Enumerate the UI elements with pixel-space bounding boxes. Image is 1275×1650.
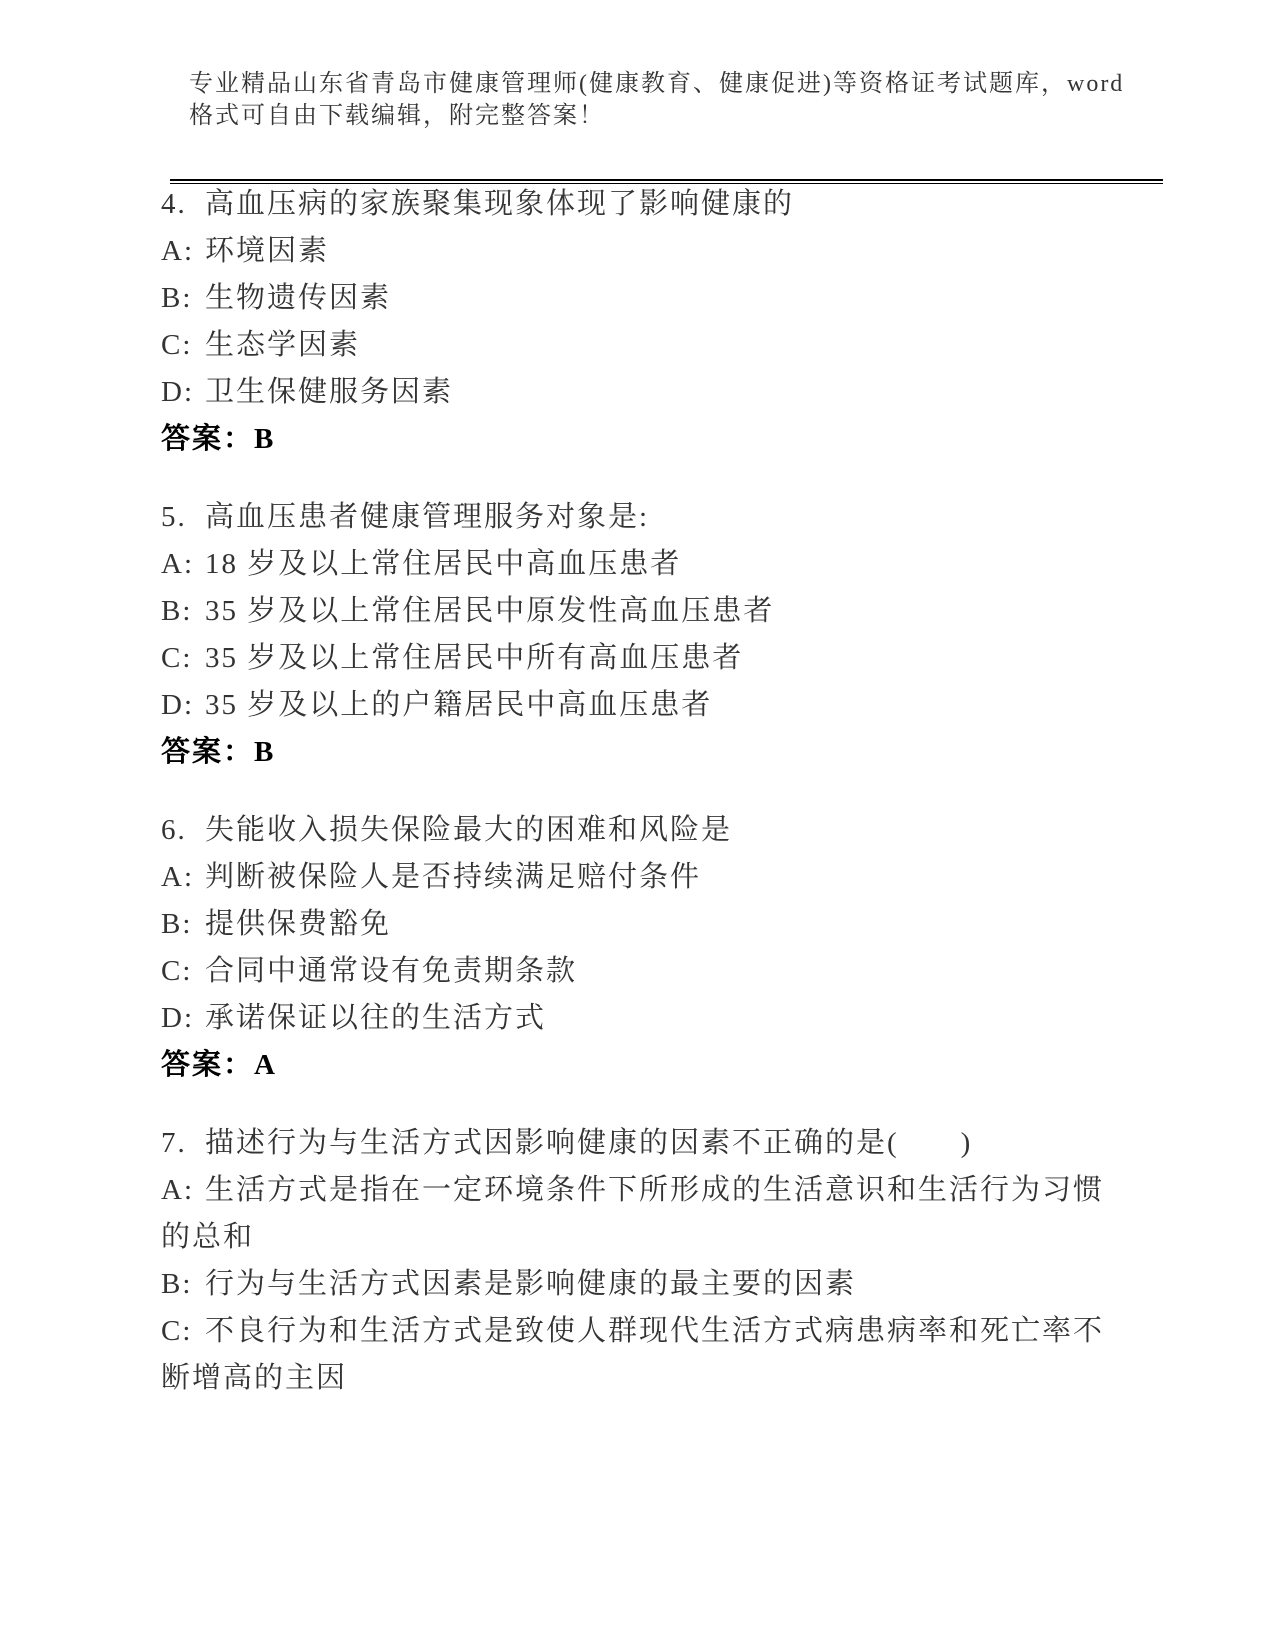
question-block-5: 5.高血压患者健康管理服务对象是: A:18 岁及以上常住居民中高血压患者 B:… — [161, 494, 1121, 776]
option-text: 18 岁及以上常住居民中高血压患者 — [205, 548, 681, 580]
option-text: 行为与生活方式因素是影响健康的最主要的因素 — [205, 1268, 856, 1300]
option-label: B: — [161, 1261, 205, 1308]
option-text: 生物遗传因素 — [205, 282, 391, 314]
option-c: C:生态学因素 — [161, 322, 1121, 369]
option-b: B:生物遗传因素 — [161, 275, 1121, 322]
header-line-2: 格式可自由下载编辑，附完整答案！ — [189, 100, 1149, 132]
option-label: D: — [161, 995, 205, 1042]
question-list: 4.高血压病的家族聚集现象体现了影响健康的 A:环境因素 B:生物遗传因素 C:… — [161, 181, 1121, 1402]
question-text: 失能收入损失保险最大的困难和风险是 — [205, 814, 732, 846]
option-label: D: — [161, 369, 205, 416]
option-b: B:行为与生活方式因素是影响健康的最主要的因素 — [161, 1261, 1121, 1308]
option-text: 承诺保证以往的生活方式 — [205, 1002, 546, 1034]
option-c: C:35 岁及以上常住居民中所有高血压患者 — [161, 635, 1121, 682]
option-text: 提供保费豁免 — [205, 908, 391, 940]
option-b: B:35 岁及以上常住居民中原发性高血压患者 — [161, 588, 1121, 635]
question-number: 5. — [161, 494, 205, 541]
answer-value: B — [254, 736, 275, 768]
question-block-4: 4.高血压病的家族聚集现象体现了影响健康的 A:环境因素 B:生物遗传因素 C:… — [161, 181, 1121, 463]
option-label: B: — [161, 901, 205, 948]
answer-label: 答案： — [161, 1049, 254, 1081]
question-number: 4. — [161, 181, 205, 228]
question-text: 描述行为与生活方式因影响健康的因素不正确的是( ) — [205, 1127, 972, 1159]
option-text: 35 岁及以上常住居民中所有高血压患者 — [205, 642, 743, 674]
question-text: 高血压患者健康管理服务对象是: — [205, 501, 649, 533]
answer-value: A — [254, 1049, 277, 1081]
question-title: 4.高血压病的家族聚集现象体现了影响健康的 — [161, 181, 1121, 228]
question-block-6: 6.失能收入损失保险最大的困难和风险是 A:判断被保险人是否持续满足赔付条件 B… — [161, 807, 1121, 1089]
option-d: D:35 岁及以上的户籍居民中高血压患者 — [161, 682, 1121, 729]
option-text: 判断被保险人是否持续满足赔付条件 — [205, 861, 701, 893]
option-c: C:合同中通常设有免责期条款 — [161, 948, 1121, 995]
document-page: 专业精品山东省青岛市健康管理师(健康教育、健康促进)等资格证考试题库，word … — [0, 0, 1275, 1650]
option-text: 环境因素 — [205, 235, 329, 267]
option-b: B:提供保费豁免 — [161, 901, 1121, 948]
option-label: D: — [161, 682, 205, 729]
header-line-1: 专业精品山东省青岛市健康管理师(健康教育、健康促进)等资格证考试题库，word — [189, 68, 1149, 100]
option-label: A: — [161, 1167, 205, 1214]
option-a: A:判断被保险人是否持续满足赔付条件 — [161, 854, 1121, 901]
answer-label: 答案： — [161, 736, 254, 768]
option-a: A:18 岁及以上常住居民中高血压患者 — [161, 541, 1121, 588]
answer-line: 答案：B — [161, 416, 1121, 463]
option-text: 生活方式是指在一定环境条件下所形成的生活意识和生活行为习惯的总和 — [161, 1174, 1104, 1253]
question-block-7: 7.描述行为与生活方式因影响健康的因素不正确的是( ) A:生活方式是指在一定环… — [161, 1120, 1121, 1402]
option-d: D:卫生保健服务因素 — [161, 369, 1121, 416]
page-header: 专业精品山东省青岛市健康管理师(健康教育、健康促进)等资格证考试题库，word … — [189, 68, 1149, 132]
option-label: C: — [161, 322, 205, 369]
option-label: A: — [161, 228, 205, 275]
option-text: 合同中通常设有免责期条款 — [205, 955, 577, 987]
answer-label: 答案： — [161, 423, 254, 455]
option-text: 35 岁及以上常住居民中原发性高血压患者 — [205, 595, 774, 627]
option-label: A: — [161, 854, 205, 901]
option-label: B: — [161, 588, 205, 635]
option-c: C:不良行为和生活方式是致使人群现代生活方式病患病率和死亡率不断增高的主因 — [161, 1308, 1121, 1402]
question-text: 高血压病的家族聚集现象体现了影响健康的 — [205, 188, 794, 220]
option-label: C: — [161, 948, 205, 995]
option-d: D:承诺保证以往的生活方式 — [161, 995, 1121, 1042]
option-label: B: — [161, 275, 205, 322]
answer-line: 答案：B — [161, 729, 1121, 776]
question-number: 7. — [161, 1120, 205, 1167]
answer-line: 答案：A — [161, 1042, 1121, 1089]
question-title: 5.高血压患者健康管理服务对象是: — [161, 494, 1121, 541]
question-title: 6.失能收入损失保险最大的困难和风险是 — [161, 807, 1121, 854]
option-text: 卫生保健服务因素 — [205, 376, 453, 408]
option-label: A: — [161, 541, 205, 588]
option-text: 35 岁及以上的户籍居民中高血压患者 — [205, 689, 712, 721]
option-text: 不良行为和生活方式是致使人群现代生活方式病患病率和死亡率不断增高的主因 — [161, 1315, 1104, 1394]
option-a: A:生活方式是指在一定环境条件下所形成的生活意识和生活行为习惯的总和 — [161, 1167, 1121, 1261]
option-label: C: — [161, 635, 205, 682]
question-title: 7.描述行为与生活方式因影响健康的因素不正确的是( ) — [161, 1120, 1121, 1167]
option-text: 生态学因素 — [205, 329, 360, 361]
answer-value: B — [254, 423, 275, 455]
option-label: C: — [161, 1308, 205, 1355]
option-a: A:环境因素 — [161, 228, 1121, 275]
question-number: 6. — [161, 807, 205, 854]
